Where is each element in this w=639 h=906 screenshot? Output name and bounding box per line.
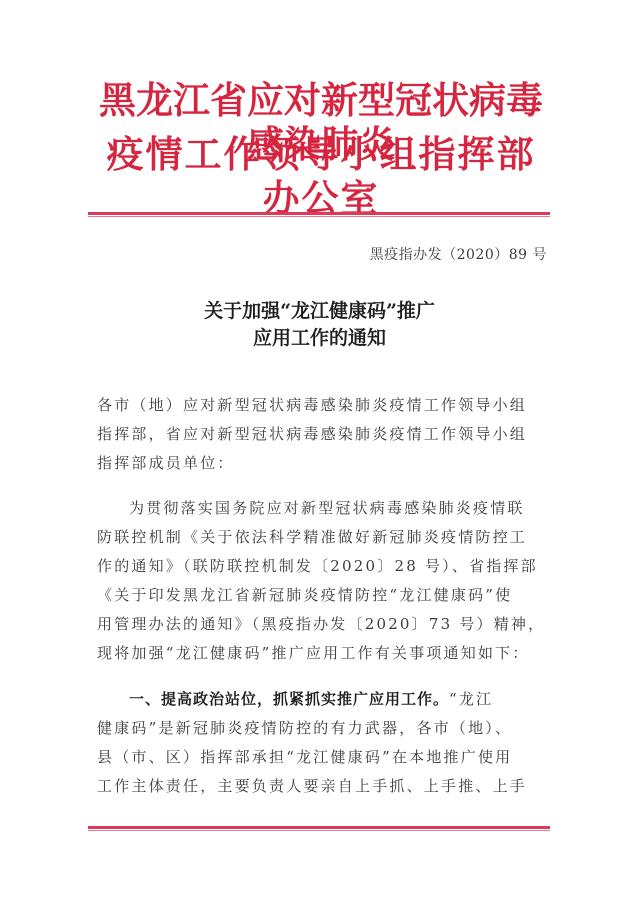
paragraph-line: 用管理办法的通知》（黑疫指办发〔2020〕73 号）精神，: [97, 610, 545, 639]
notice-title-line1: 关于加强“龙江健康码”推广: [0, 298, 639, 324]
paragraph-line: 县（市、区）指挥部承担“龙江健康码”在本地推广使用: [97, 743, 545, 772]
section-heading-continuation: “龙江: [449, 690, 493, 708]
issuing-office-title-line2: 疫情工作领导小组指挥部办公室: [88, 132, 554, 220]
paragraph-line: 为贯彻落实国务院应对新型冠状病毒感染肺炎疫情联: [97, 494, 545, 523]
addressee-line: 指挥部成员单位：: [97, 449, 545, 478]
section-heading-line: 一、提高政治站位，抓紧抓实推广应用工作。“龙江: [97, 685, 545, 714]
paragraph-line: 防联控机制《关于依法科学精准做好新冠肺炎疫情防控工: [97, 523, 545, 552]
section-heading: 一、提高政治站位，抓紧抓实推广应用工作。: [129, 690, 449, 708]
paragraph-line: 工作主体责任，主要负责人要亲自上手抓、上手推、上手: [97, 772, 545, 801]
addressee-line: 指挥部，省应对新型冠状病毒感染肺炎疫情工作领导小组: [97, 420, 545, 449]
addressee-line: 各市（地）应对新型冠状病毒感染肺炎疫情工作领导小组: [97, 391, 545, 420]
addressee-block: 各市（地）应对新型冠状病毒感染肺炎疫情工作领导小组 指挥部，省应对新型冠状病毒感…: [97, 391, 545, 478]
red-divider-top: [88, 212, 550, 215]
section-one: 一、提高政治站位，抓紧抓实推广应用工作。“龙江 健康码”是新冠肺炎疫情防控的有力…: [97, 685, 545, 801]
paragraph-line: 《关于印发黑龙江省新冠肺炎疫情防控“龙江健康码”使: [97, 581, 545, 610]
notice-title-line2: 应用工作的通知: [0, 325, 639, 351]
red-divider-bottom: [88, 826, 550, 829]
paragraph-line: 健康码”是新冠肺炎疫情防控的有力武器，各市（地）、: [97, 714, 545, 743]
paragraph-intro: 为贯彻落实国务院应对新型冠状病毒感染肺炎疫情联 防联控机制《关于依法科学精准做好…: [97, 494, 545, 668]
paragraph-line: 作的通知》（联防联控机制发〔2020〕28 号）、省指挥部: [97, 552, 545, 581]
paragraph-line: 现将加强“龙江健康码”推广应用工作有关事项通知如下：: [97, 639, 545, 668]
document-number: 黑疫指办发（2020）89 号: [370, 244, 547, 264]
